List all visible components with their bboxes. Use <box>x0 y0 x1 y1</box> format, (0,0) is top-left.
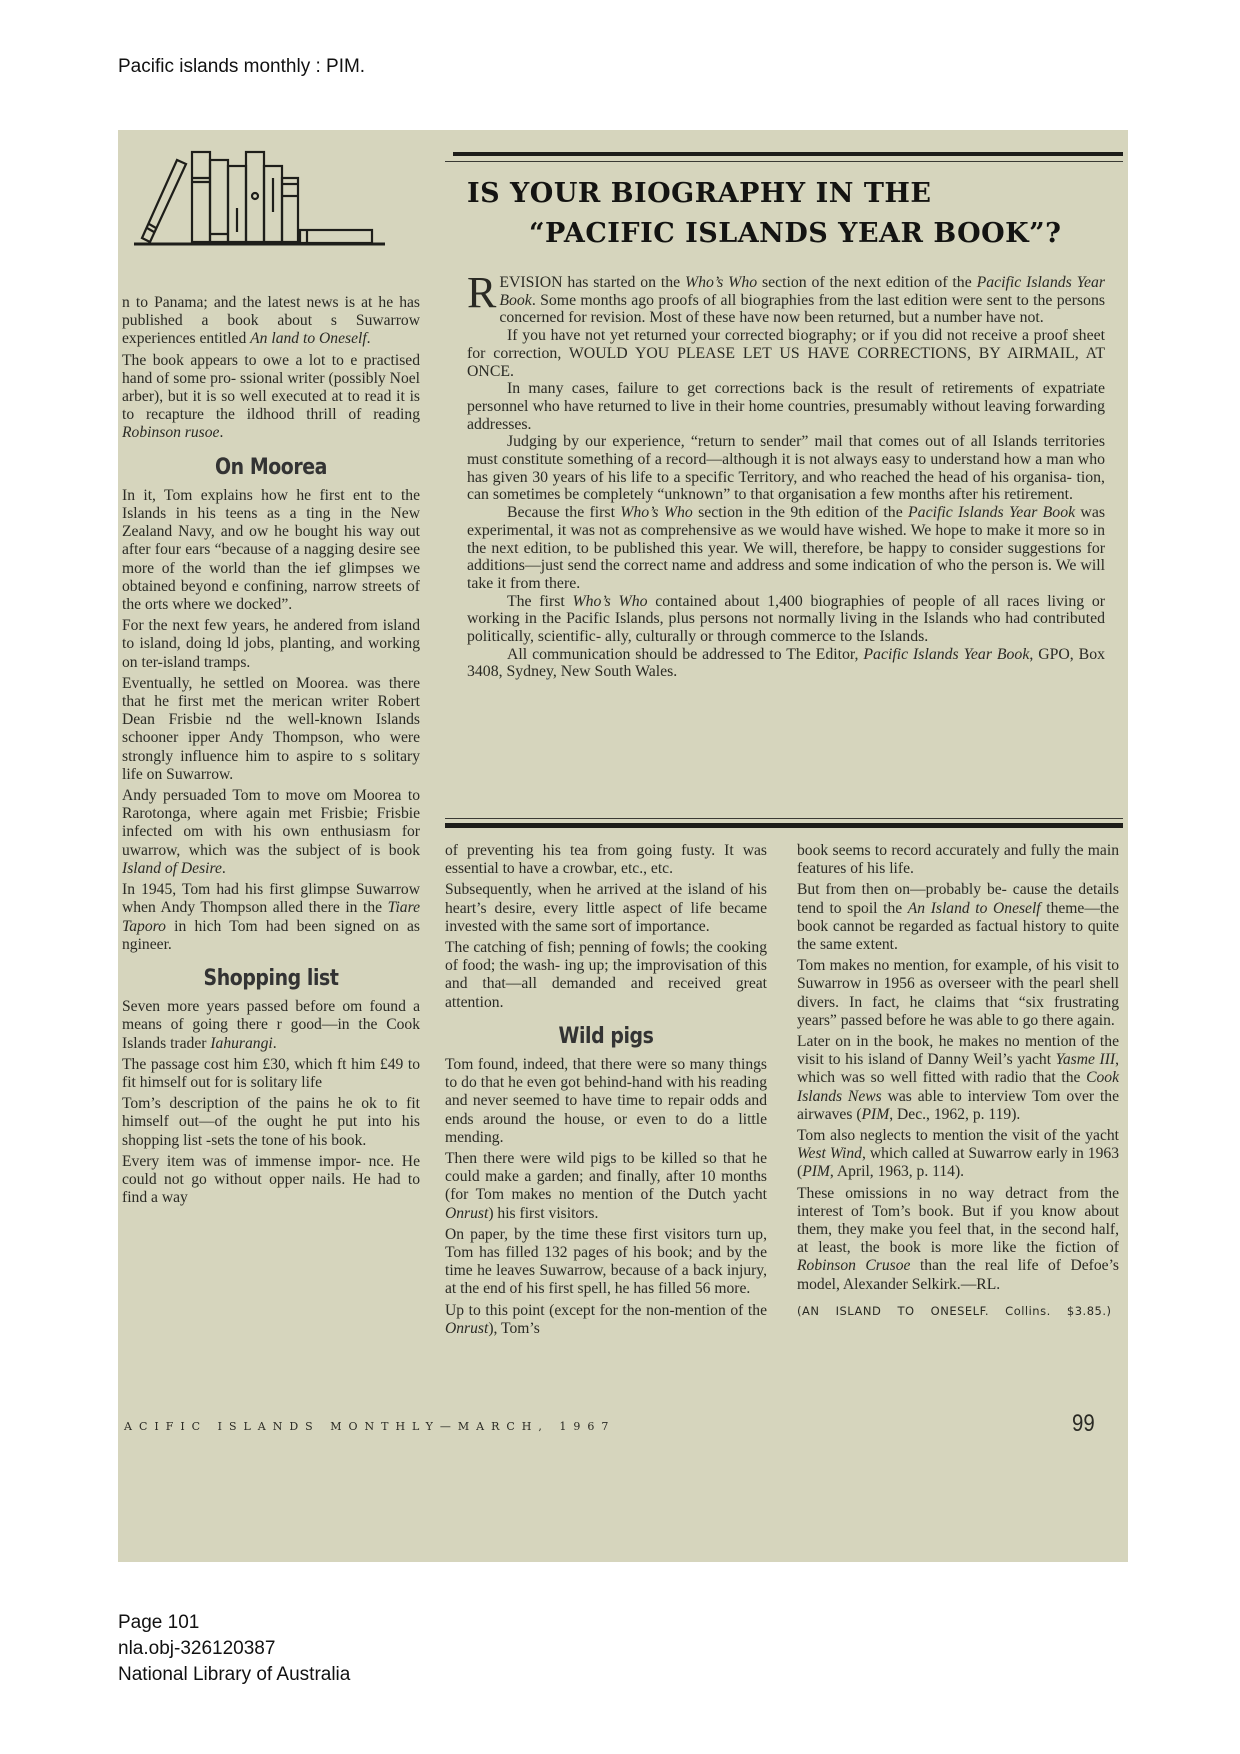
object-id: nla.obj-326120387 <box>118 1636 350 1662</box>
rule-divider <box>445 823 1123 828</box>
book-credit: (AN ISLAND TO ONESELF. Collins. $3.85.) <box>797 1304 1119 1319</box>
scanned-page: n to Panama; and the latest news is at h… <box>118 130 1128 1562</box>
paragraph: Then there were wild pigs to be killed s… <box>445 1150 767 1223</box>
feature-text: REVISION has started on the Who’s Who se… <box>467 274 1105 681</box>
middle-column-text: of preventing his tea from going fusty. … <box>445 842 767 1338</box>
paragraph: On paper, by the time these first visito… <box>445 1226 767 1299</box>
page-number: 99 <box>1072 1410 1095 1438</box>
paragraph: Seven more years passed before om found … <box>122 998 420 1053</box>
catalog-metadata: Page 101 nla.obj-326120387 National Libr… <box>118 1610 350 1688</box>
feature-headline: IS YOUR BIOGRAPHY IN THE “PACIFIC ISLAND… <box>467 174 1117 254</box>
subheading-wild-pigs: Wild pigs <box>468 1028 745 1046</box>
paragraph: The passage cost him £30, which ft him £… <box>122 1056 420 1092</box>
right-column: book seems to record accurately and full… <box>797 842 1119 1319</box>
paragraph: Tom makes no mention, for example, of hi… <box>797 957 1119 1030</box>
paragraph: But from then on—probably be- cause the … <box>797 881 1119 954</box>
paragraph: Later on in the book, he makes no mentio… <box>797 1033 1119 1124</box>
paragraph: Eventually, he settled on Moorea. was th… <box>122 675 420 784</box>
paragraph: For the next few years, he andered from … <box>122 617 420 672</box>
paragraph: Tom also neglects to mention the visit o… <box>797 1127 1119 1182</box>
paragraph: In it, Tom explains how he first ent to … <box>122 487 420 614</box>
running-footer: ACIFIC ISLANDS MONTHLY—MARCH, 1967 <box>124 1420 764 1433</box>
left-column-text: n to Panama; and the latest news is at h… <box>122 294 420 1210</box>
paragraph: If you have not yet returned your correc… <box>467 327 1105 380</box>
rule-divider <box>445 161 1123 162</box>
rule-divider <box>445 818 1123 819</box>
paragraph: In 1945, Tom had his first glimpse Suwar… <box>122 881 420 954</box>
paragraph: REVISION has started on the Who’s Who se… <box>467 274 1105 327</box>
paragraph: Tom’s description of the pains he ok to … <box>122 1095 420 1150</box>
paragraph: Subsequently, when he arrived at the isl… <box>445 881 767 936</box>
paragraph: In many cases, failure to get correction… <box>467 380 1105 433</box>
paragraph: n to Panama; and the latest news is at h… <box>122 294 420 349</box>
feature-box: IS YOUR BIOGRAPHY IN THE “PACIFIC ISLAND… <box>445 152 1123 832</box>
subheading-on-moorea: On Moorea <box>143 459 399 477</box>
paragraph: Up to this point (except for the non-men… <box>445 1302 767 1338</box>
paragraph: Every item was of immense impor- nce. He… <box>122 1153 420 1208</box>
paragraph: Because the first Who’s Who section in t… <box>467 504 1105 593</box>
subheading-shopping-list: Shopping list <box>143 970 399 988</box>
drop-cap: R <box>467 275 499 311</box>
bookshelf-illustration-icon <box>130 148 395 258</box>
paragraph: The book appears to owe a lot to e pract… <box>122 352 420 443</box>
library-name: National Library of Australia <box>118 1662 350 1688</box>
paragraph: book seems to record accurately and full… <box>797 842 1119 878</box>
paragraph: of preventing his tea from going fusty. … <box>445 842 767 878</box>
page-label: Page 101 <box>118 1610 350 1636</box>
paragraph: All communication should be addressed to… <box>467 646 1105 681</box>
paragraph: The catching of fish; penning of fowls; … <box>445 939 767 1012</box>
paragraph: Judging by our experience, “return to se… <box>467 433 1105 504</box>
paragraph: These omissions in no way detract from t… <box>797 1185 1119 1294</box>
document-title: Pacific islands monthly : PIM. <box>118 56 365 78</box>
middle-column: of preventing his tea from going fusty. … <box>445 842 767 1341</box>
paragraph: Andy persuaded Tom to move om Moorea to … <box>122 787 420 878</box>
paragraph: The first Who’s Who contained about 1,40… <box>467 593 1105 646</box>
paragraph: Tom found, indeed, that there were so ma… <box>445 1056 767 1147</box>
right-column-text: book seems to record accurately and full… <box>797 842 1119 1319</box>
rule-divider <box>453 152 1123 156</box>
